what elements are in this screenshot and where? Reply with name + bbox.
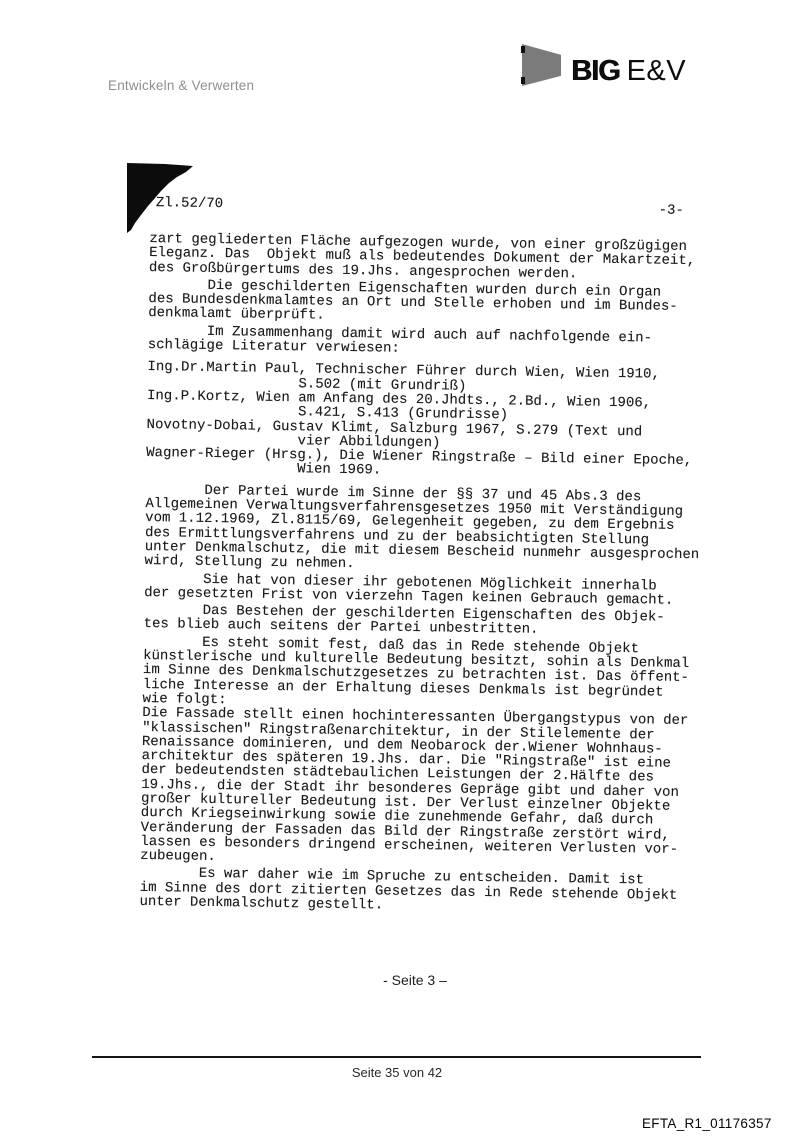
doc-page-marker: -3- [659, 204, 684, 219]
logo-tick-icon [521, 77, 525, 84]
logo-flag-icon [522, 44, 561, 86]
typewritten-content: Zl.52/70 -3- zart gegliederten Fläche au… [139, 196, 710, 921]
scan-corner-artifact-icon [127, 163, 195, 233]
footer-pagination: Seite 35 von 42 [0, 1065, 794, 1080]
paragraph: Ing.Dr.Martin Paul, Technischer Führer d… [146, 360, 708, 483]
doc-reference-row: Zl.52/70 -3- [150, 196, 710, 219]
footer-divider [92, 1056, 701, 1058]
paragraph: Die geschilderten Eigenschaften wurden d… [148, 278, 709, 329]
paragraph: Im Zusammenhang damit wird auch auf nach… [148, 324, 708, 361]
brand-logo: BIGE&V [521, 44, 711, 92]
brand-name-bold: BIG [571, 55, 620, 87]
paragraph: zart gegliederten Fläche aufgezogen wurd… [149, 232, 710, 283]
paragraph: Es war daher wie im Spruche zu entscheid… [139, 866, 700, 917]
paragraph: Es steht somit fest, daß das in Rede ste… [140, 635, 703, 872]
page-label: - Seite 3 – [18, 972, 794, 988]
typewritten-body: zart gegliederten Fläche aufgezogen wurd… [139, 232, 709, 918]
scanned-document-page: Entwickeln & Verwerten BIGE&V Zl.52/70 -… [0, 0, 794, 1139]
brand-name-rest: E&V [627, 55, 687, 87]
header-tagline: Entwickeln & Verwerten [108, 78, 254, 93]
logo-tick-icon [521, 46, 525, 53]
brand-name: BIGE&V [571, 57, 686, 86]
document-id-stamp: EFTA_R1_01176357 [642, 1116, 772, 1131]
paragraph: Der Partei wurde im Sinne der §§ 37 und … [144, 483, 705, 577]
